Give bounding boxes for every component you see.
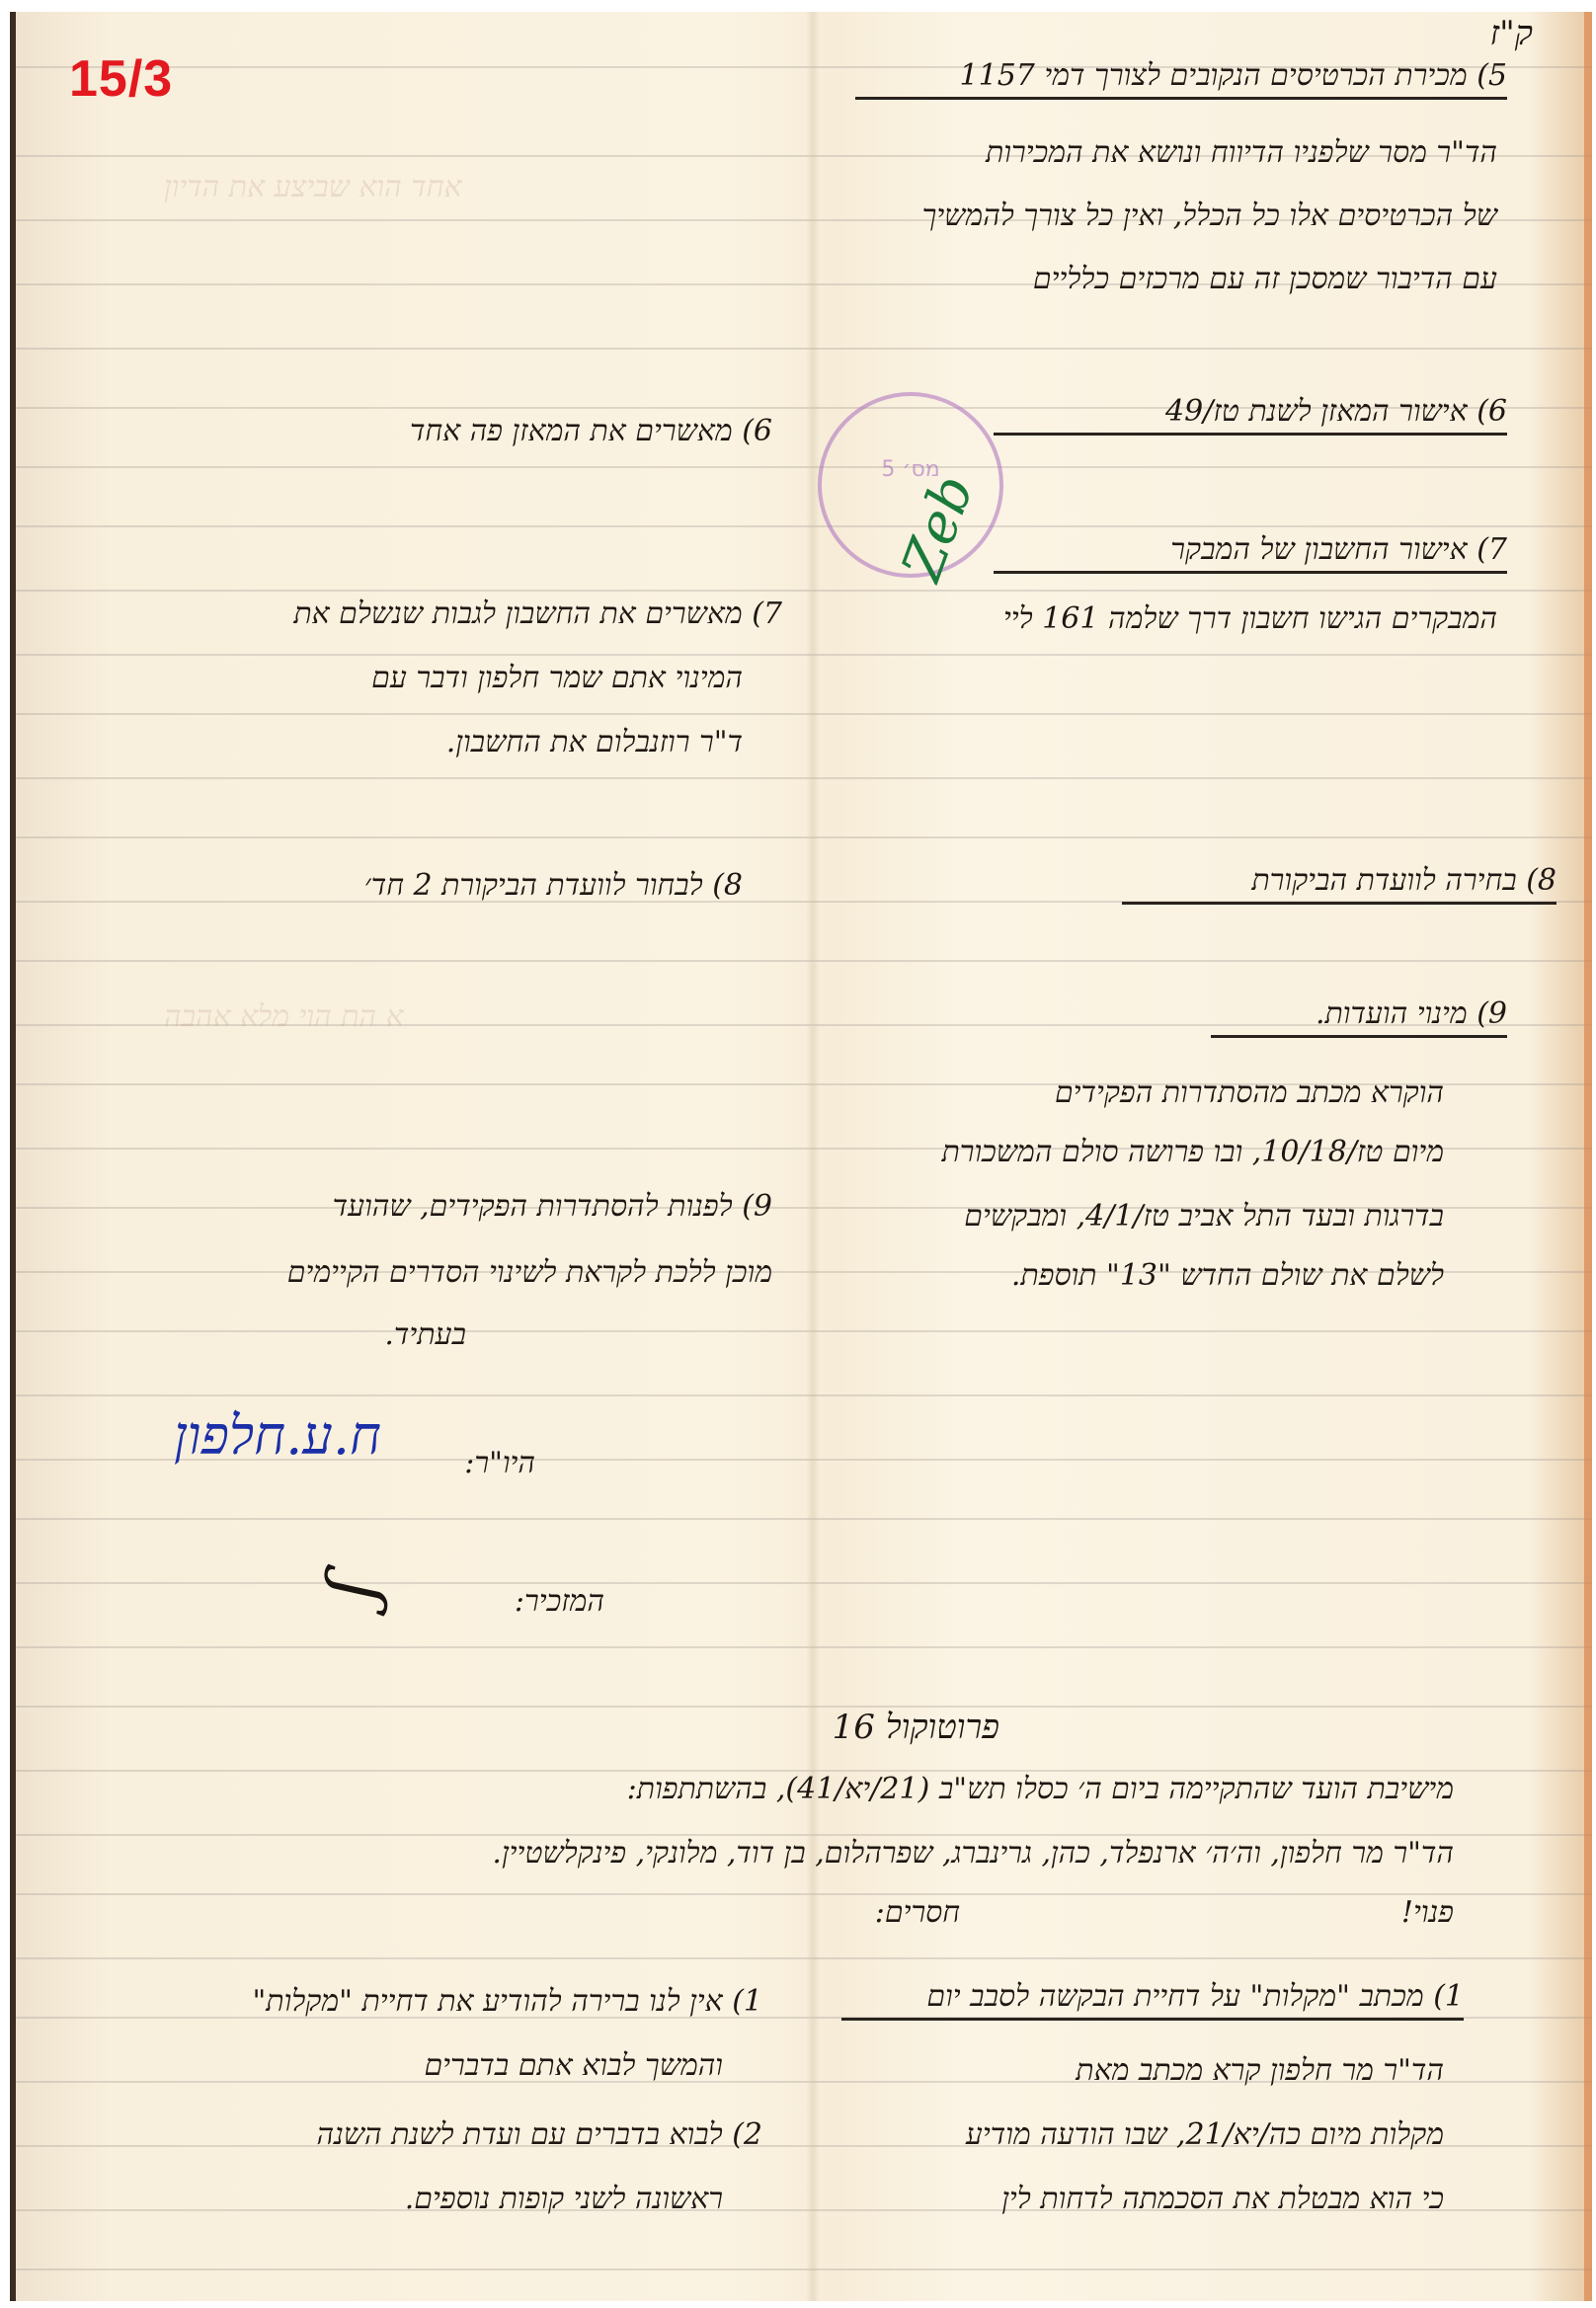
item5-line: הד"ר מסר שלפניו הדיווח ונושא את המכירות: [986, 138, 1497, 168]
page-edge: [1584, 12, 1592, 2301]
item8-decision: 8) לבחור לוועדת הביקורת 2 חד׳: [364, 871, 743, 901]
meeting-item1-line: מקלות מיום כה/יא/21, שבו הודעה מודיע: [966, 2120, 1444, 2150]
item7-heading: 7) אישור החשבון של המבקר: [994, 535, 1507, 574]
protocol-heading: פרוטוקול 16: [833, 1711, 999, 1744]
protocol-absent-label: חסרים:: [875, 1898, 960, 1928]
item8-heading: 8) בחירה לוועדת הביקורת: [1122, 866, 1556, 905]
item7-decision-line: המינוי אתם שמר חלפון ודבר עם: [371, 664, 743, 693]
meeting-item1-line: כי הוא מבטלת את הסכמתה לדחות לין: [1001, 2185, 1444, 2214]
item9-decision-line: בעתיד.: [384, 1320, 466, 1350]
item1-decision-line: 2) לבוא בדברים עם ועדת לשנת השנה: [316, 2120, 762, 2150]
item9-line: בדרגות ובעד התל אביב טז/4/1, ומבקשים: [964, 1202, 1444, 1232]
item9-heading: 9) מינוי הועדות.: [1211, 999, 1507, 1038]
chair-label: היו"ר:: [464, 1449, 535, 1478]
item9-decision-line: מוכן ללכת לקראת לשינוי הסדרים הקיימים: [287, 1258, 772, 1288]
corner-note: ק"ז: [1490, 14, 1533, 53]
item6-decision: 6) מאשרים את המאזן פה אחד: [410, 417, 772, 446]
item1-decision-line: ראשונה לשני קופות נוספים.: [405, 2185, 723, 2214]
item1-decision-line: והמשך לבוא אתם בדברים: [424, 2051, 723, 2081]
item7-decision-line: ד"ר רוזנבלום את החשבון.: [446, 728, 743, 757]
notebook-spine: [806, 12, 820, 2301]
meeting-item1-heading: 1) מכתב "מקלות" על דחיית הבקשה לסבב יום: [841, 1982, 1464, 2021]
item5-line: של הכרטיסים אלו כל הכלל, ואין כל צורך לה…: [922, 201, 1497, 231]
bleed-through-text: א הת הוי מלא אהבה: [164, 999, 404, 1034]
protocol-absent-value: פנוי!: [1401, 1898, 1454, 1928]
item5-line: עם הדיבור שמסכן זה עם מרכזים כלליים: [1033, 265, 1497, 294]
meeting-item1-line: הד"ר מר חלפון קרא מכתב מאת: [1076, 2056, 1444, 2086]
item9-decision-line: 9) לפנות להסתדרות הפקידים, שהועד: [333, 1192, 772, 1222]
item9-line: הוקרא מכתב מהסתדרות הפקידים: [1055, 1078, 1444, 1108]
secretary-label: המזכיר:: [515, 1587, 604, 1617]
item9-line: לשלם את שולם החדש "13" תוספת.: [1011, 1261, 1444, 1291]
item1-decision-line: 1) אין לנו ברירה להודיע את דחיית "מקלות": [252, 1987, 762, 2017]
item7-line: המבקרים הגישו חשבון דרך שלמה 161 ליי: [1003, 604, 1497, 634]
item9-line: מיום טז/10/18, ובו פרושה סולם המשכורת: [941, 1138, 1444, 1167]
protocol-opening: מישיבת הועד שהתקיימה ביום ה׳ כסלו תש"ב (…: [627, 1775, 1454, 1804]
notebook-page: אחד הוא שביצע את הדיון א הת הוי מלא אהבה…: [10, 12, 1592, 2301]
secretary-signature: ʃ: [309, 1572, 392, 1605]
item5-heading: 5) מכירת הכרטיסים הנקובים לצורך דמי 1157: [855, 61, 1507, 100]
item7-decision-line: 7) מאשרים את החשבון לגבות שנשלם את: [293, 599, 782, 629]
page-label: 15/3: [69, 49, 173, 109]
protocol-attendees: הד"ר מר חלפון, וה׳ה׳ ארנפלד, כהן, גרינבר…: [492, 1839, 1454, 1869]
item6-heading: 6) אישור המאזן לשנת טז/49: [994, 397, 1507, 436]
chair-signature: ח.ע.חלפון: [174, 1404, 381, 1467]
bleed-through-text: אחד הוא שביצע את הדיון: [164, 170, 461, 204]
